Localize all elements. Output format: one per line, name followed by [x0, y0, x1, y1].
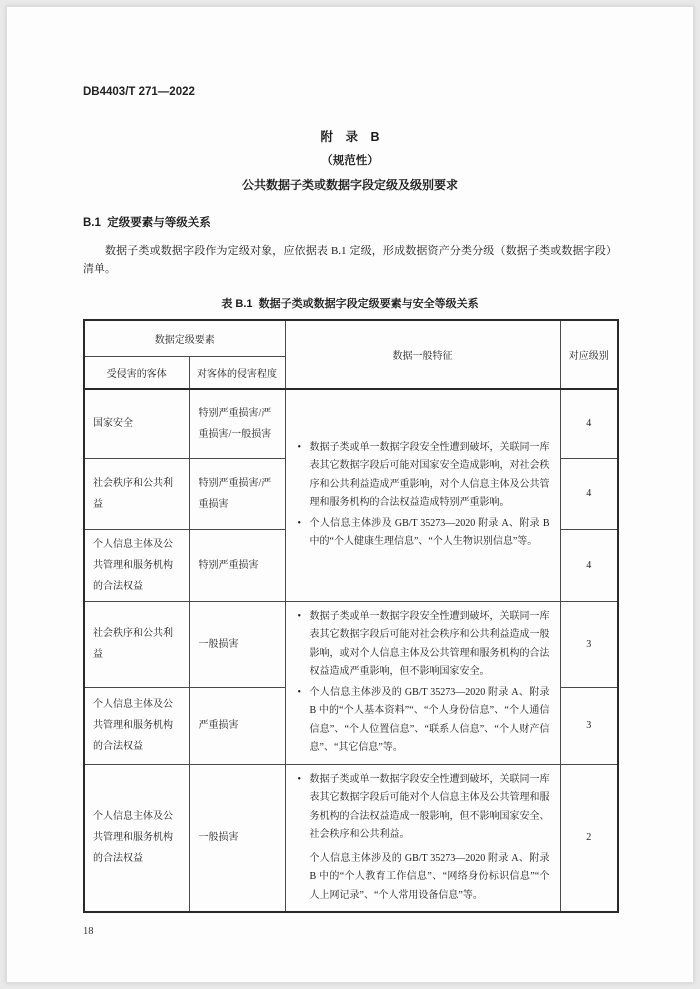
cell-object: 社会秩序和公共利益: [84, 601, 189, 687]
feature-bullet: 个人信息主体涉及的 GB/T 35273—2020 附录 A、附录 B 中的“个…: [297, 684, 550, 758]
feature-bullet: 数据子类或单一数据字段安全性遭到破坏，关联同一库表其它数据字段后可能对个人信息主…: [297, 771, 550, 845]
cell-level: 4: [560, 458, 618, 529]
header-harmed-object: 受侵害的客体: [84, 356, 189, 389]
page-number: 18: [83, 926, 617, 937]
cell-object: 个人信息主体及公共管理和服务机构的合法权益: [84, 529, 189, 601]
cell-level: 3: [560, 601, 618, 687]
cell-degree: 特别严重损害: [189, 529, 285, 601]
table-row: 社会秩序和公共利益 一般损害 数据子类或单一数据字段安全性遭到破坏，关联同一库表…: [84, 601, 618, 687]
table-caption: 表 B.1 数据子类或数据字段定级要素与安全等级关系: [83, 295, 617, 311]
feature-paragraph: 个人信息主体涉及的 GB/T 35273—2020 附录 A、附录 B 中的“个…: [297, 850, 550, 906]
page-content: DB4403/T 271—2022 附 录 B （规范性） 公共数据子类或数据字…: [7, 86, 693, 937]
cell-level: 2: [560, 764, 618, 912]
cell-object: 社会秩序和公共利益: [84, 458, 189, 529]
cell-level: 4: [560, 389, 618, 458]
grading-table: 数据定级要素 数据一般特征 对应级别 受侵害的客体 对客体的侵害程度 国家安全 …: [83, 319, 619, 913]
cell-feature-group-3: 数据子类或单一数据字段安全性遭到破坏，关联同一库表其它数据字段后可能对个人信息主…: [285, 764, 560, 912]
table-row: 个人信息主体及公共管理和服务机构的合法权益 一般损害 数据子类或单一数据字段安全…: [84, 764, 618, 912]
cell-object: 个人信息主体及公共管理和服务机构的合法权益: [84, 687, 189, 764]
header-harm-degree: 对客体的侵害程度: [189, 356, 285, 389]
doc-number: DB4403/T 271—2022: [83, 86, 617, 98]
cell-level: 4: [560, 529, 618, 601]
table-header: 数据定级要素 数据一般特征 对应级别 受侵害的客体 对客体的侵害程度: [84, 320, 618, 389]
appendix-title: 附 录 B: [83, 127, 617, 145]
cell-feature-group-2: 数据子类或单一数据字段安全性遭到破坏，关联同一库表其它数据字段后可能对社会秩序和…: [285, 601, 560, 764]
appendix-normative-label: （规范性）: [83, 152, 617, 168]
table-row: 国家安全 特别严重损害/严重损害/一般损害 数据子类或单一数据字段安全性遭到破坏…: [84, 389, 618, 458]
cell-level: 3: [560, 687, 618, 764]
cell-object: 国家安全: [84, 389, 189, 458]
body-paragraph: 数据子类或数据字段作为定级对象，应依据表 B.1 定级，形成数据资产分类分级（数…: [83, 243, 617, 278]
feature-bullet: 个人信息主体涉及 GB/T 35273—2020 附录 A、附录 B 中的“个人…: [297, 515, 550, 552]
cell-degree: 严重损害: [189, 687, 285, 764]
section-heading: B.1 定级要素与等级关系: [83, 214, 617, 230]
appendix-heading: 公共数据子类或数据字段定级及级别要求: [83, 176, 617, 193]
feature-bullet: 数据子类或单一数据字段安全性遭到破坏，关联同一库表其它数据字段后可能对国家安全造…: [297, 439, 550, 513]
appendix-title-block: 附 录 B （规范性） 公共数据子类或数据字段定级及级别要求: [83, 127, 617, 193]
cell-degree: 一般损害: [189, 764, 285, 912]
cell-degree: 特别严重损害/严重损害/一般损害: [189, 389, 285, 458]
header-grading-elements: 数据定级要素: [84, 320, 285, 356]
document-page: DB4403/T 271—2022 附 录 B （规范性） 公共数据子类或数据字…: [6, 6, 694, 983]
cell-degree: 特别严重损害/严重损害: [189, 458, 285, 529]
cell-degree: 一般损害: [189, 601, 285, 687]
header-level: 对应级别: [560, 320, 618, 389]
feature-bullet: 数据子类或单一数据字段安全性遭到破坏，关联同一库表其它数据字段后可能对社会秩序和…: [297, 608, 550, 682]
header-general-feature: 数据一般特征: [285, 320, 560, 389]
cell-object: 个人信息主体及公共管理和服务机构的合法权益: [84, 764, 189, 912]
cell-feature-group-1: 数据子类或单一数据字段安全性遭到破坏，关联同一库表其它数据字段后可能对国家安全造…: [285, 389, 560, 601]
